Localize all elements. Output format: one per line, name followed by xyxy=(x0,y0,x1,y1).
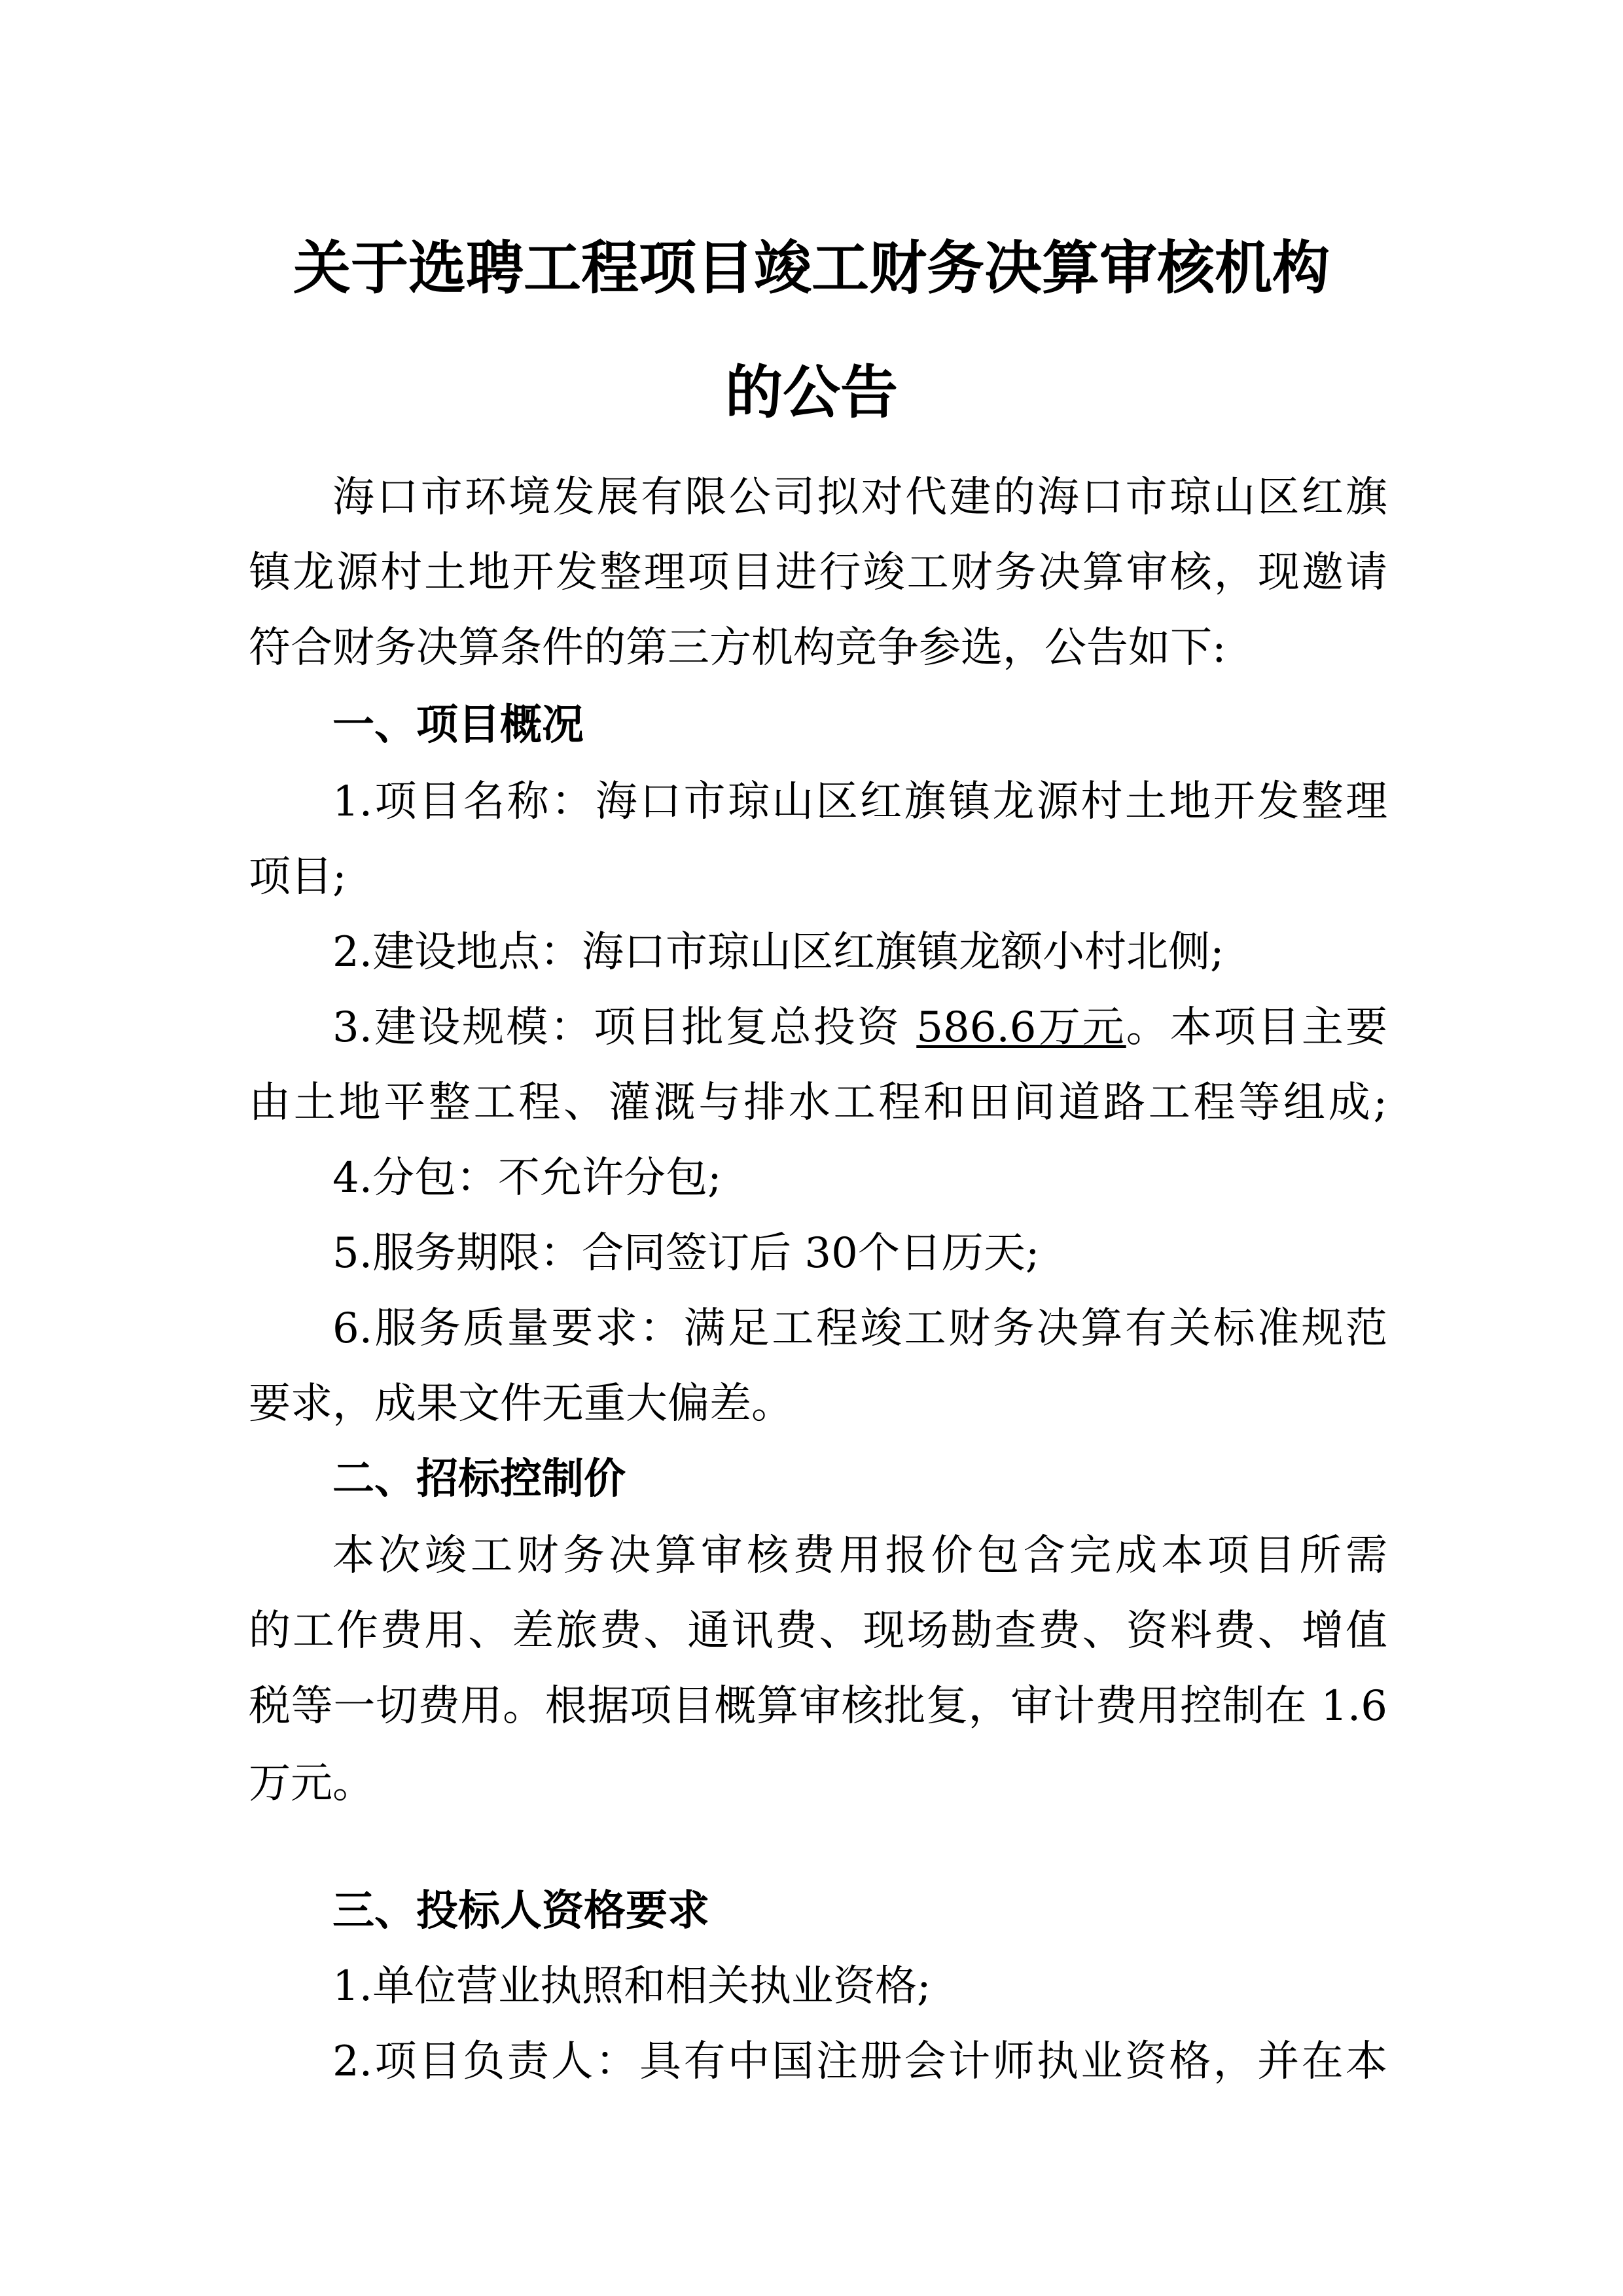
section-1-heading: 一、项目概况 xyxy=(332,699,584,751)
section-1-item-1-line-2: 项目; xyxy=(249,851,1387,903)
section-2-line-3: 税等一切费用。根据项目概算审核批复，审计费用控制在 1.6 xyxy=(249,1680,1387,1732)
section-1-item-2: 2.建设地点：海口市琼山区红旗镇龙额小村北侧; xyxy=(332,926,1387,978)
document-page: 关于选聘工程项目竣工财务决算审核机构 的公告 海口市环境发展有限公司拟对代建的海… xyxy=(0,0,1623,2296)
document-title-line-2: 的公告 xyxy=(0,357,1623,429)
section-1-item-5: 5.服务期限：合同签订后 30个日历天; xyxy=(332,1227,1387,1280)
intro-line-3: 符合财务决算条件的第三方机构竞争参选，公告如下: xyxy=(249,622,1387,674)
item-3-suffix: 。本项目主要 xyxy=(1126,1003,1387,1052)
section-1-item-1-line-1: 1.项目名称：海口市琼山区红旗镇龙源村土地开发整理 xyxy=(332,776,1387,828)
total-investment-amount: 586.6万元 xyxy=(916,1003,1126,1052)
section-1-item-6-line-2: 要求，成果文件无重大偏差。 xyxy=(249,1378,1387,1430)
section-1-item-6-line-1: 6.服务质量要求：满足工程竣工财务决算有关标准规范 xyxy=(332,1302,1387,1355)
document-title-line-1: 关于选聘工程项目竣工财务决算审核机构 xyxy=(0,232,1623,304)
section-2-heading: 二、招标控制价 xyxy=(332,1453,626,1505)
section-2-line-4: 万元。 xyxy=(249,1757,1387,1810)
section-1-item-4: 4.分包：不允许分包; xyxy=(332,1152,1387,1204)
intro-line-1: 海口市环境发展有限公司拟对代建的海口市琼山区红旗 xyxy=(332,471,1387,524)
section-2-line-2: 的工作费用、差旅费、通讯费、现场勘查费、资料费、增值 xyxy=(249,1605,1387,1657)
section-1-item-3-line-1: 3.建设规模：项目批复总投资 586.6万元。本项目主要 xyxy=(332,1001,1387,1054)
intro-line-2: 镇龙源村土地开发整理项目进行竣工财务决算审核，现邀请 xyxy=(249,547,1387,599)
section-3-item-1: 1.单位营业执照和相关执业资格; xyxy=(332,1960,1387,2013)
section-2-line-1: 本次竣工财务决算审核费用报价包含完成本项目所需 xyxy=(332,1530,1387,1582)
section-1-item-3-line-2: 由土地平整工程、灌溉与排水工程和田间道路工程等组成; xyxy=(249,1077,1387,1129)
section-3-item-2-line-1: 2.项目负责人：具有中国注册会计师执业资格，并在本 xyxy=(332,2036,1387,2088)
section-3-heading: 三、投标人资格要求 xyxy=(332,1885,709,1937)
item-3-prefix: 3.建设规模：项目批复总投资 xyxy=(332,1003,901,1052)
